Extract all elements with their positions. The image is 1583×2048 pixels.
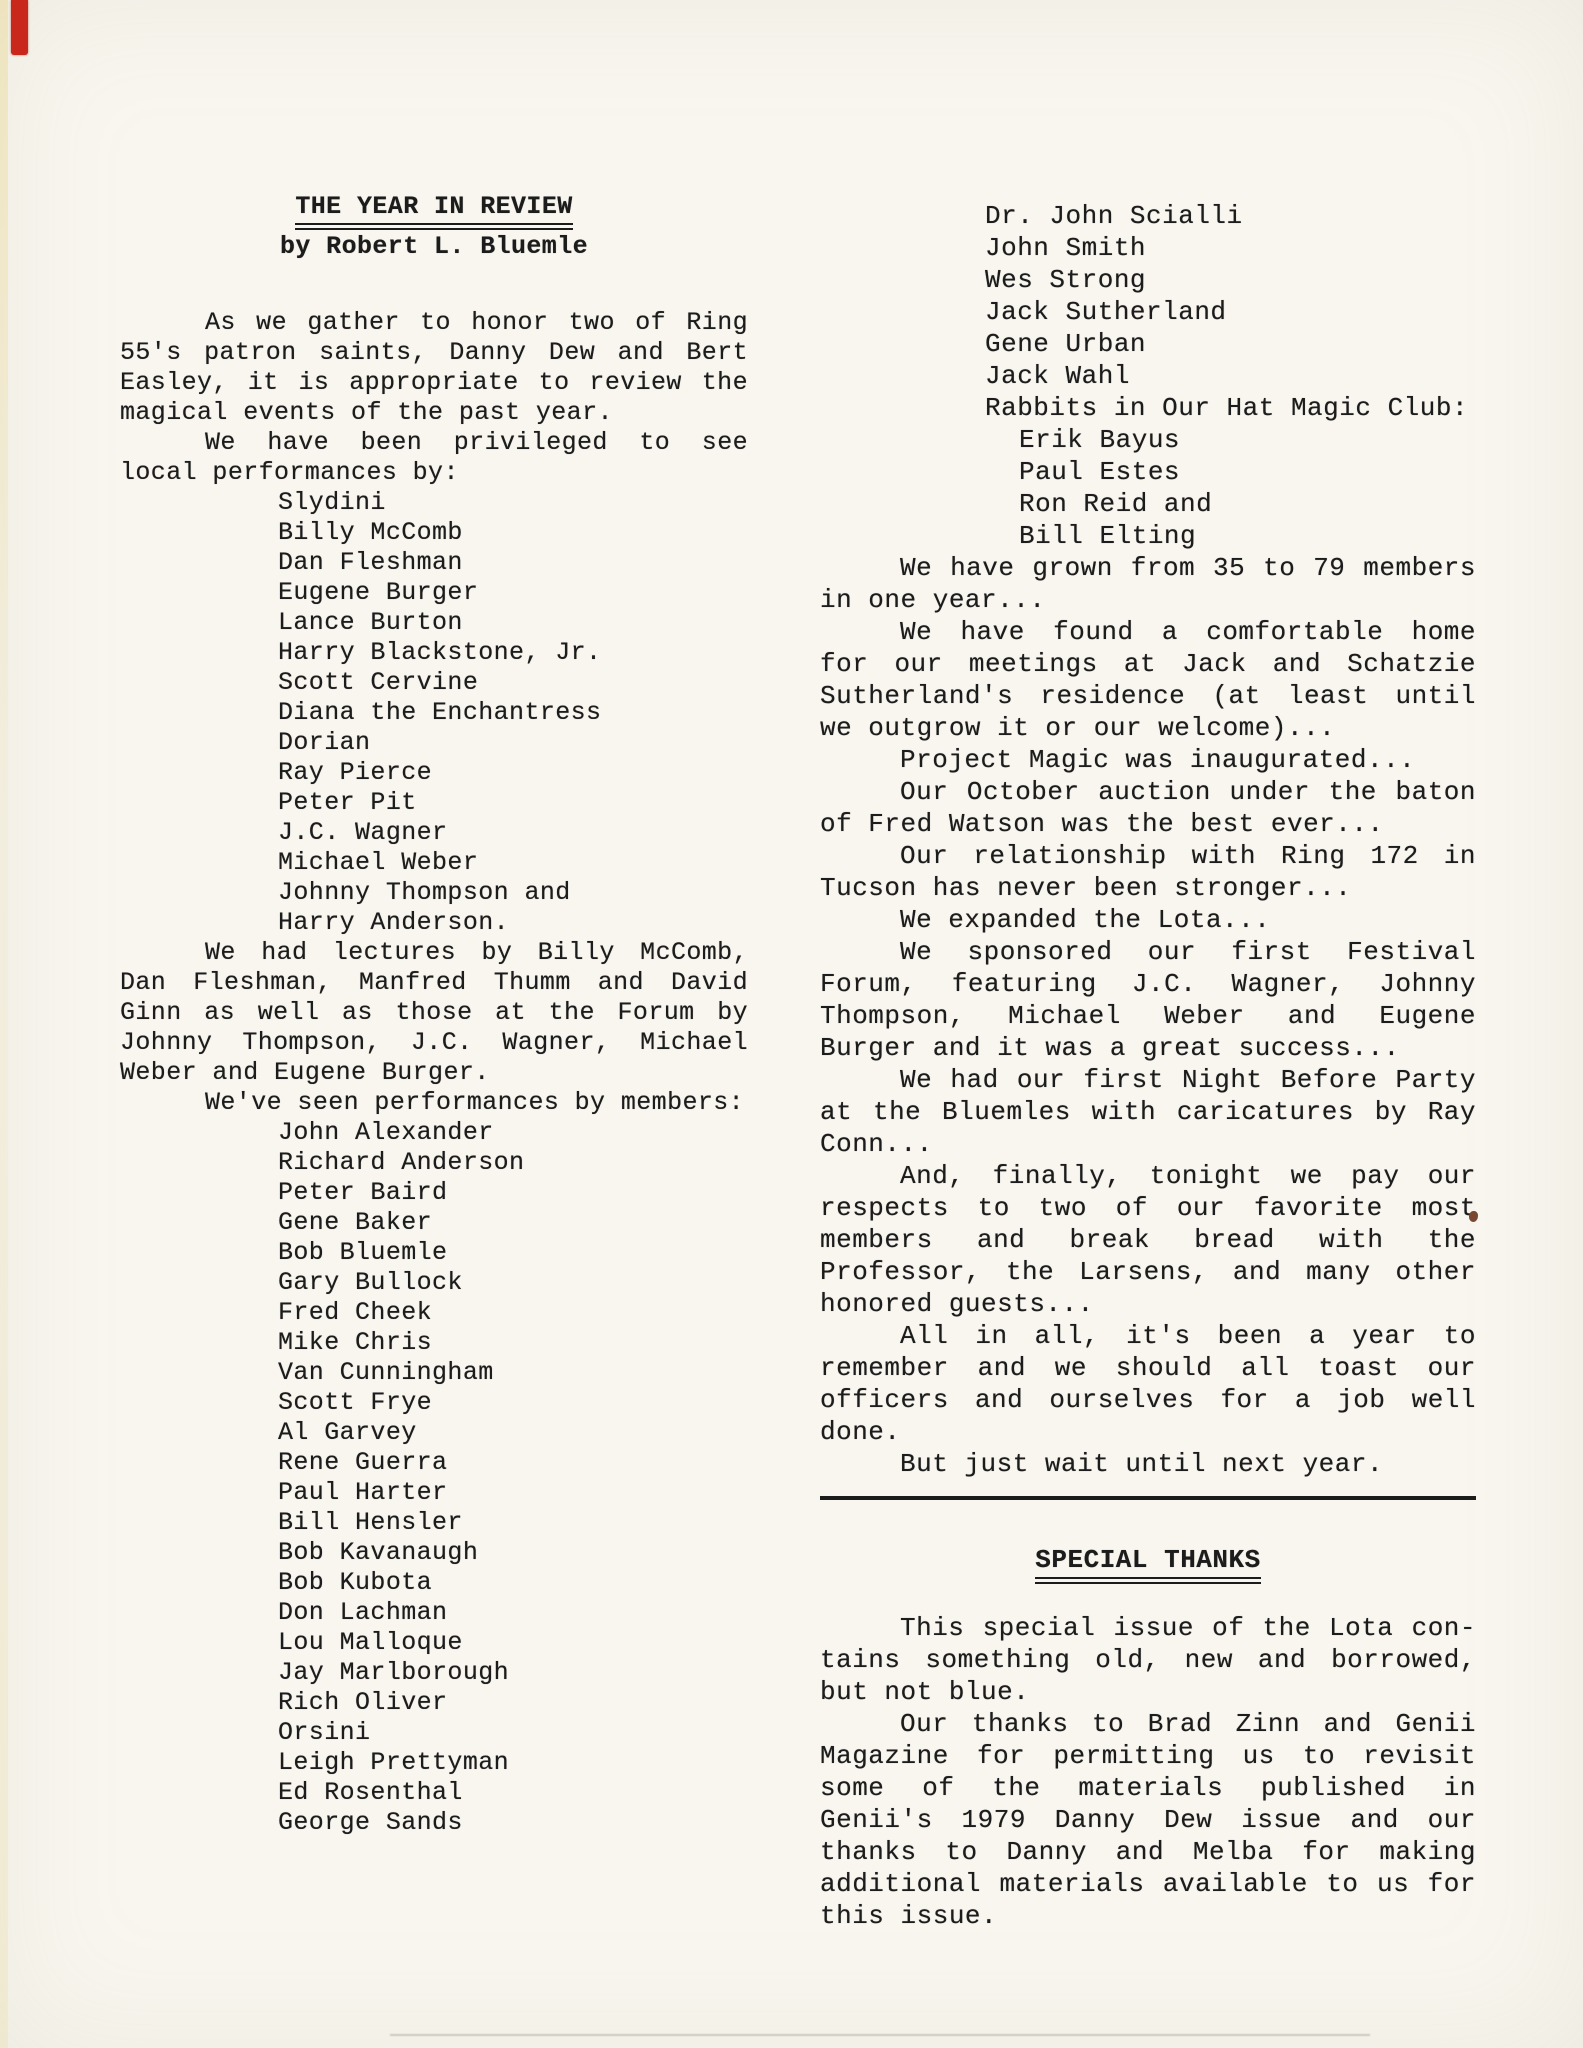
section-divider [820, 1496, 1476, 1500]
text-line: some of the materials published in [820, 1772, 1476, 1804]
list-item: Lance Burton [120, 608, 748, 638]
heading-row: SPECIAL THANKS [820, 1544, 1476, 1576]
list-item: Ray Pierce [120, 758, 748, 788]
list-item: Mike Chris [120, 1328, 748, 1358]
text-line: But just wait until next year. [820, 1448, 1476, 1480]
list-item: Peter Pit [120, 788, 748, 818]
text-line: We had our first Night Before Party [820, 1064, 1476, 1096]
list-item: Rich Oliver [120, 1688, 748, 1718]
list-item: Scott Cervine [120, 668, 748, 698]
list-item: John Smith [820, 232, 1476, 264]
list-item: Leigh Prettyman [120, 1748, 748, 1778]
list-item: Al Garvey [120, 1418, 748, 1448]
list-item: Gene Urban [820, 328, 1476, 360]
text-line: Thompson, Michael Weber and Eugene [820, 1000, 1476, 1032]
text-line: members and break bread with the [820, 1224, 1476, 1256]
list-item: Harry Anderson. [120, 908, 748, 938]
text-line: We sponsored our first Festival [820, 936, 1476, 968]
text-line: in one year... [820, 584, 1476, 616]
article-title: THE YEAR IN REVIEW [295, 192, 572, 230]
text-line: We expanded the Lota... [820, 904, 1476, 936]
text-line: for our meetings at Jack and Schatzie [820, 648, 1476, 680]
text-line: Easley, it is appropriate to review the [120, 368, 748, 398]
text-line: Sutherland's residence (at least until [820, 680, 1476, 712]
text-line: respects to two of our favorite most [820, 1192, 1476, 1224]
text-line: We have grown from 35 to 79 members [820, 552, 1476, 584]
list-item: Van Cunningham [120, 1358, 748, 1388]
text-line: honored guests... [820, 1288, 1476, 1320]
list-item: Paul Estes [820, 456, 1476, 488]
text-line: Tucson has never been stronger... [820, 872, 1476, 904]
text-line: this issue. [820, 1900, 1476, 1932]
text-line: And, finally, tonight we pay our [820, 1160, 1476, 1192]
list-item: Rabbits in Our Hat Magic Club: [820, 392, 1476, 424]
list-item: Wes Strong [820, 264, 1476, 296]
text-line: thanks to Danny and Melba for making [820, 1836, 1476, 1868]
list-item: Gary Bullock [120, 1268, 748, 1298]
text-line: Forum, featuring J.C. Wagner, Johnny [820, 968, 1476, 1000]
list-item: Ed Rosenthal [120, 1778, 748, 1808]
right-column: Dr. John ScialliJohn SmithWes StrongJack… [820, 200, 1476, 1932]
list-item: Scott Frye [120, 1388, 748, 1418]
text-line: Dan Fleshman, Manfred Thumm and David [120, 968, 748, 998]
text-line: of Fred Watson was the best ever... [820, 808, 1476, 840]
text-line: Conn... [820, 1128, 1476, 1160]
list-item: Rene Guerra [120, 1448, 748, 1478]
list-item: Fred Cheek [120, 1298, 748, 1328]
list-item: Bob Kavanaugh [120, 1538, 748, 1568]
list-item: Slydini [120, 488, 748, 518]
list-item: Eugene Burger [120, 578, 748, 608]
list-item: Jack Sutherland [820, 296, 1476, 328]
text-line: remember and we should all toast our [820, 1352, 1476, 1384]
list-item: Paul Harter [120, 1478, 748, 1508]
list-item: Erik Bayus [820, 424, 1476, 456]
list-item: Michael Weber [120, 848, 748, 878]
list-item: George Sands [120, 1808, 748, 1838]
list-item: Orsini [120, 1718, 748, 1748]
list-item: Bob Bluemle [120, 1238, 748, 1268]
list-item: Billy McComb [120, 518, 748, 548]
text-line: We've seen performances by members: [120, 1088, 748, 1118]
list-item: Richard Anderson [120, 1148, 748, 1178]
title-row: THE YEAR IN REVIEW [120, 192, 748, 222]
list-item: Bill Hensler [120, 1508, 748, 1538]
text-line: but not blue. [820, 1676, 1476, 1708]
ink-speck [1469, 1211, 1478, 1222]
text-line: local performances by: [120, 458, 748, 488]
list-item: John Alexander [120, 1118, 748, 1148]
text-line: magical events of the past year. [120, 398, 748, 428]
list-item: Bob Kubota [120, 1568, 748, 1598]
text-line: We have found a comfortable home [820, 616, 1476, 648]
text-line: Our thanks to Brad Zinn and Genii [820, 1708, 1476, 1740]
text-line: Weber and Eugene Burger. [120, 1058, 748, 1088]
list-item: Peter Baird [120, 1178, 748, 1208]
list-item: Jack Wahl [820, 360, 1476, 392]
left-column: THE YEAR IN REVIEW by Robert L. Bluemle … [120, 192, 748, 1838]
text-line: additional materials available to us for [820, 1868, 1476, 1900]
newsletter-page: THE YEAR IN REVIEW by Robert L. Bluemle … [0, 0, 1583, 2048]
scan-edge-artifact [390, 2034, 1370, 2036]
text-line: Ginn as well as those at the Forum by [120, 998, 748, 1028]
page-edge-band [0, 0, 8, 2048]
list-item: Bill Elting [820, 520, 1476, 552]
red-ink-mark [11, 0, 28, 55]
text-line: Magazine for permitting us to revisit [820, 1740, 1476, 1772]
list-item: Dan Fleshman [120, 548, 748, 578]
text-line: We have been privileged to see [120, 428, 748, 458]
text-line: at the Bluemles with caricatures by Ray [820, 1096, 1476, 1128]
text-line: Project Magic was inaugurated... [820, 744, 1476, 776]
left-column-text: As we gather to honor two of Ring55's pa… [120, 308, 748, 1838]
text-line: This special issue of the Lota con- [820, 1612, 1476, 1644]
text-line: Genii's 1979 Danny Dew issue and our [820, 1804, 1476, 1836]
text-line: Professor, the Larsens, and many other [820, 1256, 1476, 1288]
text-line: done. [820, 1416, 1476, 1448]
text-line: All in all, it's been a year to [820, 1320, 1476, 1352]
list-item: Dorian [120, 728, 748, 758]
list-item: Jay Marlborough [120, 1658, 748, 1688]
text-line: officers and ourselves for a job well [820, 1384, 1476, 1416]
list-item: J.C. Wagner [120, 818, 748, 848]
text-line: As we gather to honor two of Ring [120, 308, 748, 338]
text-line: Johnny Thompson, J.C. Wagner, Michael [120, 1028, 748, 1058]
text-line: tains something old, new and borrowed, [820, 1644, 1476, 1676]
text-line: Our October auction under the baton [820, 776, 1476, 808]
text-line: We had lectures by Billy McComb, [120, 938, 748, 968]
text-line: we outgrow it or our welcome)... [820, 712, 1476, 744]
list-item: Harry Blackstone, Jr. [120, 638, 748, 668]
list-item: Ron Reid and [820, 488, 1476, 520]
right-column-text: Dr. John ScialliJohn SmithWes StrongJack… [820, 200, 1476, 1932]
article-byline: by Robert L. Bluemle [120, 232, 748, 262]
section-heading: SPECIAL THANKS [1035, 1545, 1260, 1584]
list-item: Don Lachman [120, 1598, 748, 1628]
list-item: Dr. John Scialli [820, 200, 1476, 232]
list-item: Johnny Thompson and [120, 878, 748, 908]
text-line: Our relationship with Ring 172 in [820, 840, 1476, 872]
text-line: 55's patron saints, Danny Dew and Bert [120, 338, 748, 368]
list-item: Lou Malloque [120, 1628, 748, 1658]
text-line: Burger and it was a great success... [820, 1032, 1476, 1064]
list-item: Gene Baker [120, 1208, 748, 1238]
list-item: Diana the Enchantress [120, 698, 748, 728]
